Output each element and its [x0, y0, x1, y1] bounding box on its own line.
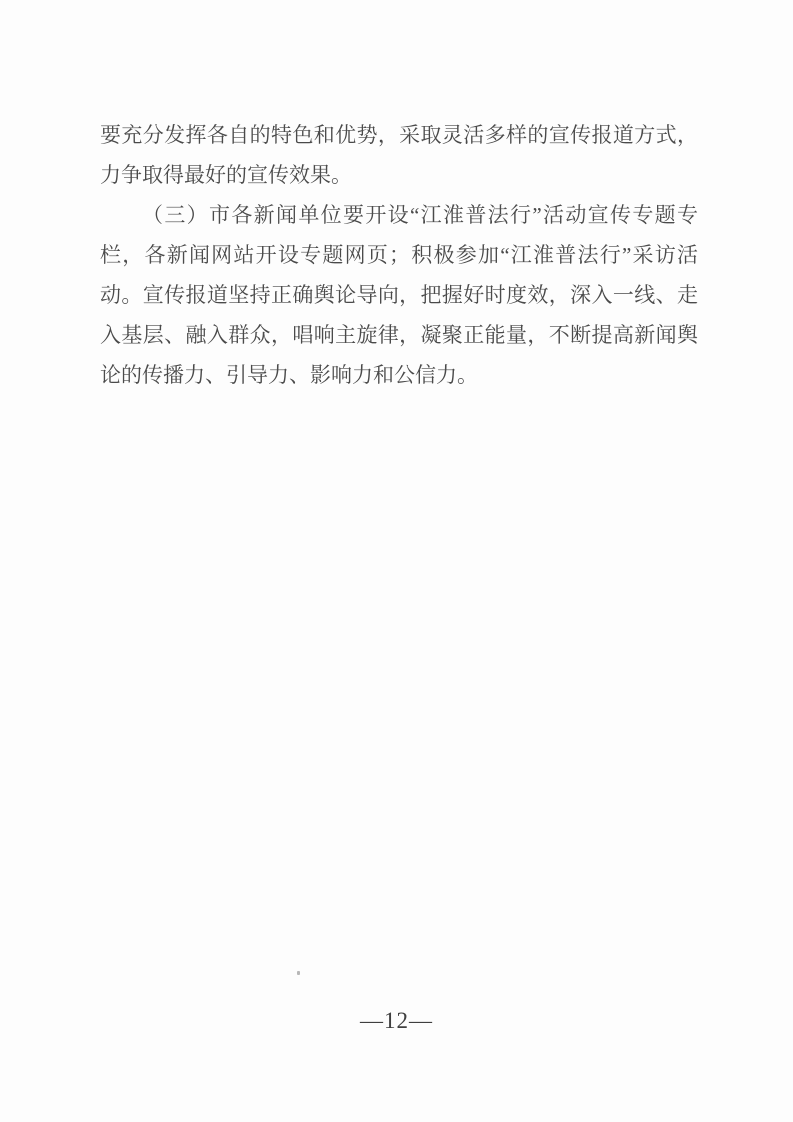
- body-text: 要充分发挥各自的特色和优势，采取灵活多样的宣传报道方式，力争取得最好的宣传效果。…: [100, 115, 698, 395]
- page-number: —12—: [0, 1001, 793, 1041]
- document-page: 要充分发挥各自的特色和优势，采取灵活多样的宣传报道方式，力争取得最好的宣传效果。…: [0, 0, 793, 1122]
- scan-artifact-speck: [297, 971, 300, 975]
- paragraph-item-three: （三）市各新闻单位要开设“江淮普法行”活动宣传专题专栏，各新闻网站开设专题网页；…: [100, 195, 698, 395]
- paragraph-continuation: 要充分发挥各自的特色和优势，采取灵活多样的宣传报道方式，力争取得最好的宣传效果。: [100, 115, 698, 195]
